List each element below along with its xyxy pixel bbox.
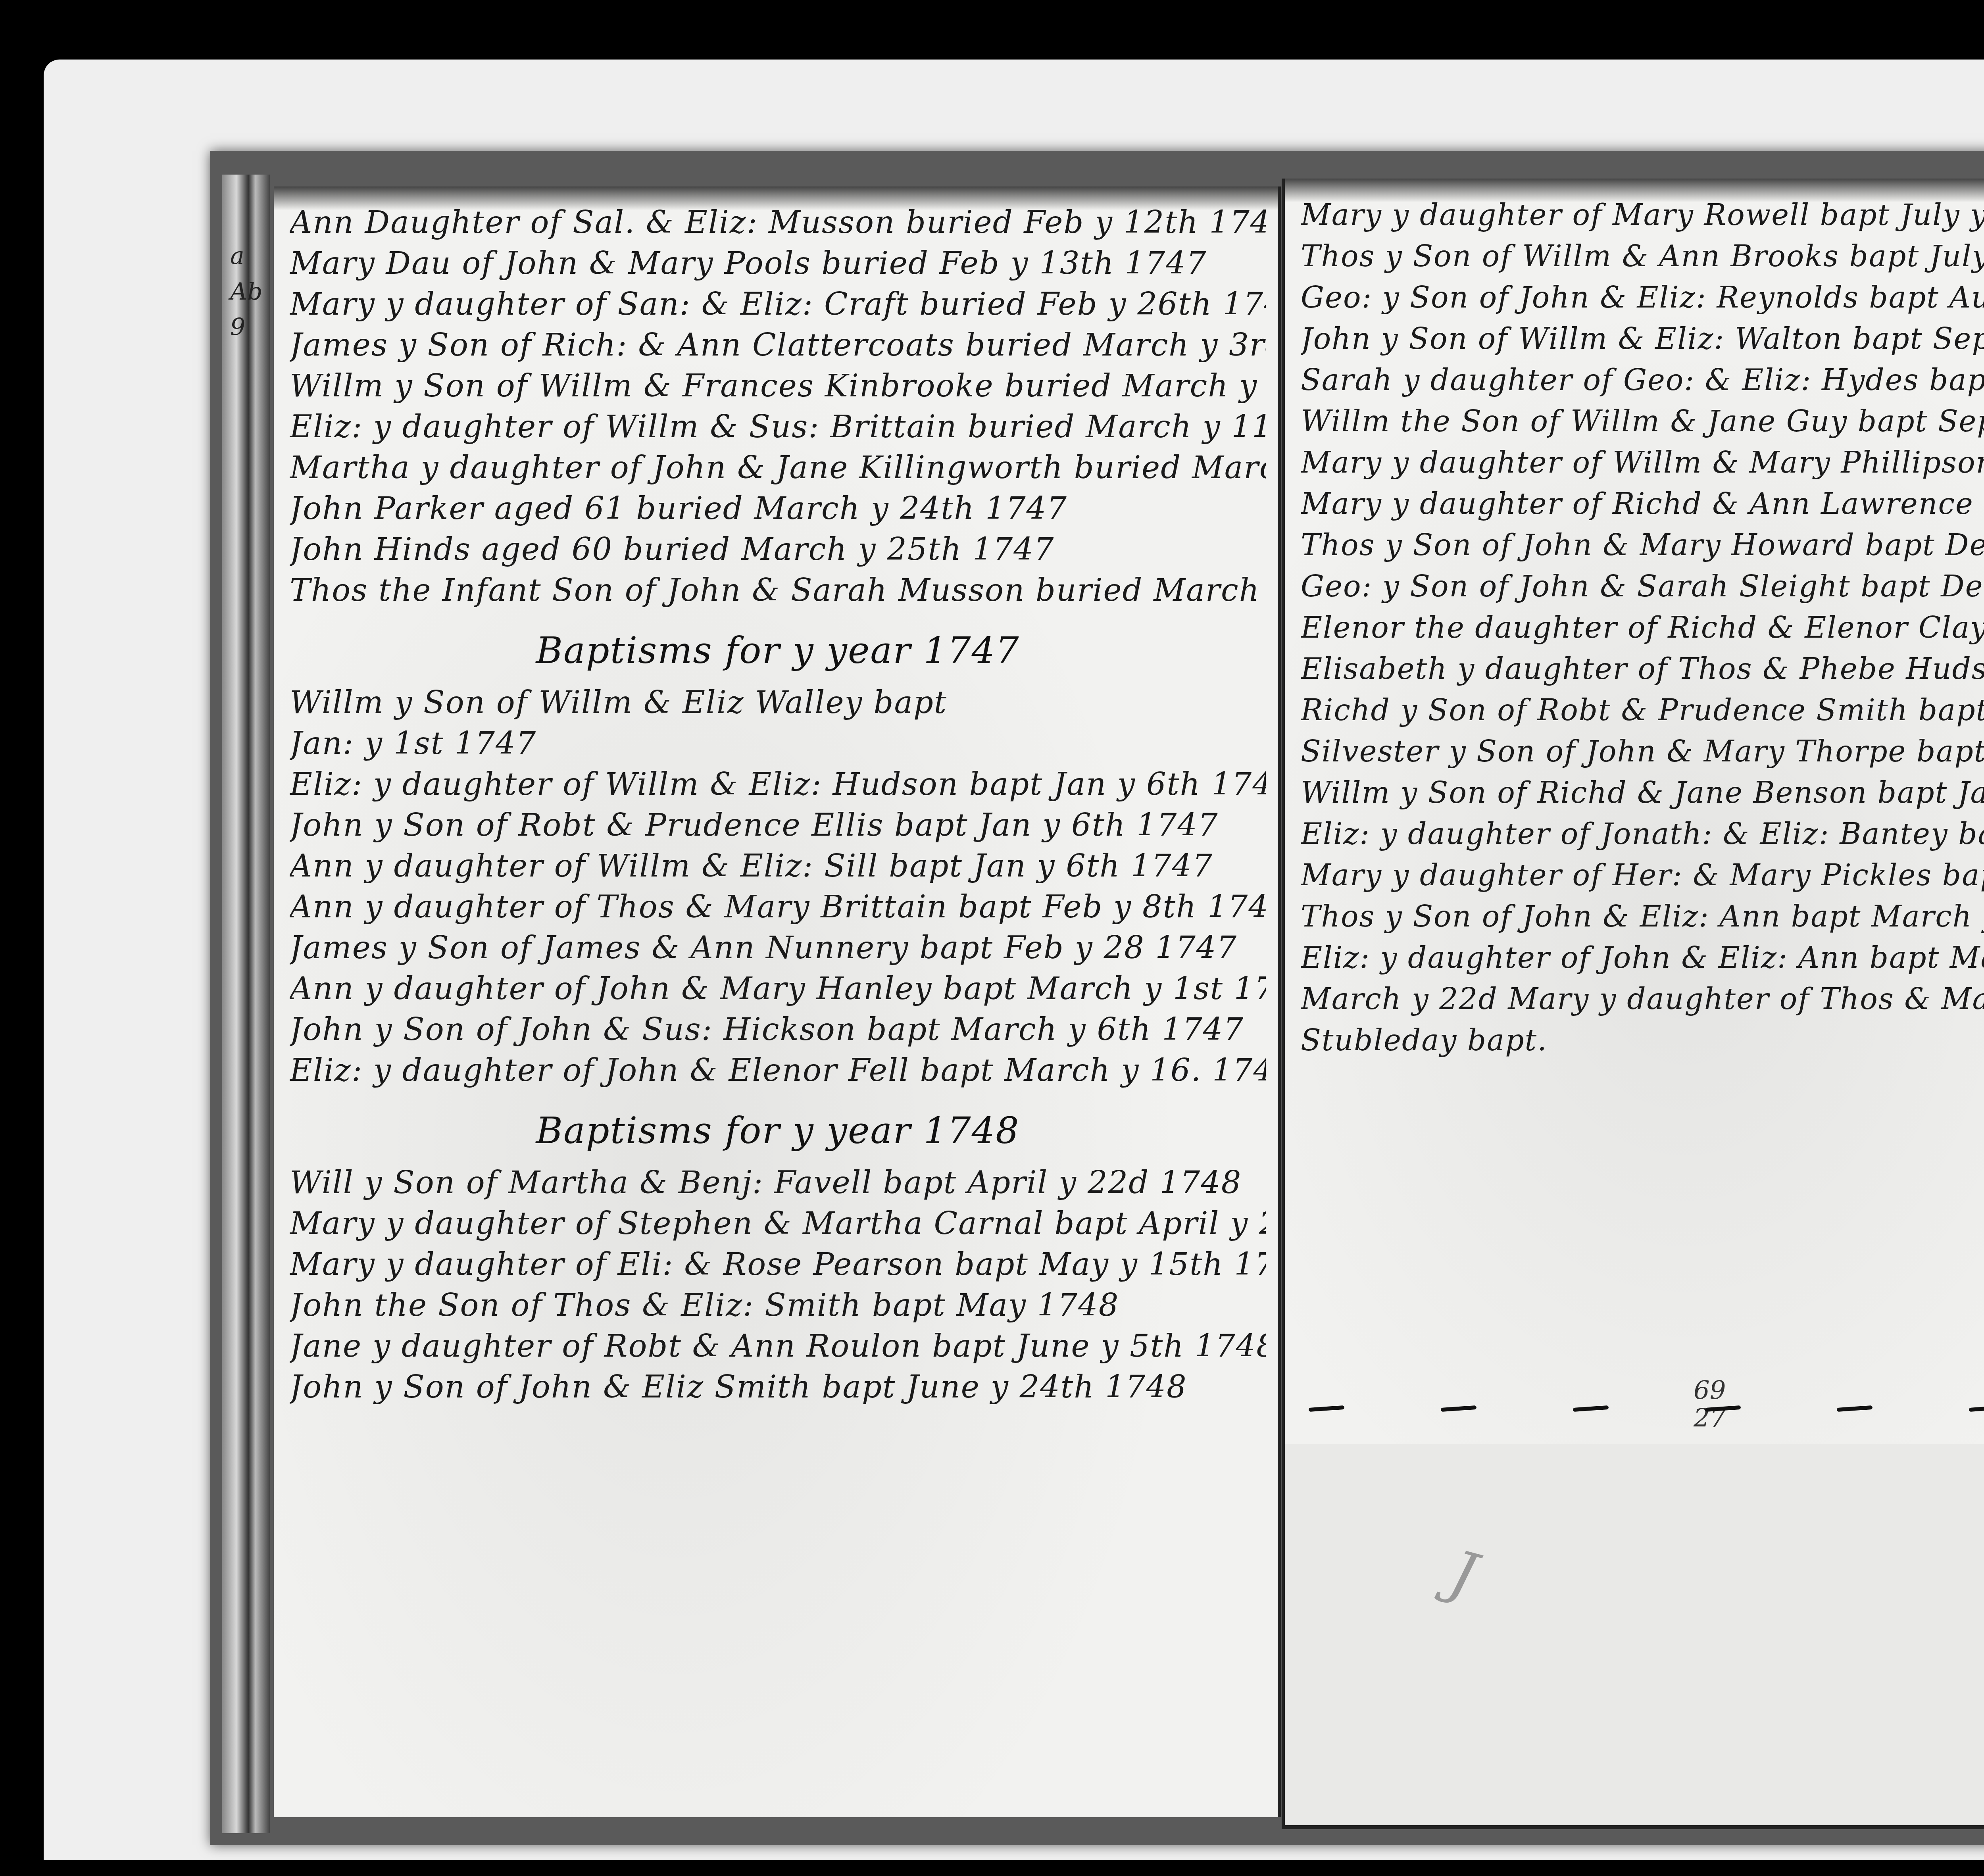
burial-entry: Ann Daughter of Sal. & Eliz: Musson buri… (290, 202, 1266, 243)
baptism-entry: Mary y daughter of Eli: & Rose Pearson b… (290, 1244, 1266, 1285)
baptism-entry: John the Son of Thos & Eliz: Smith bapt … (290, 1285, 1266, 1326)
right-page-entries: Mary y daughter of Mary Rowell bapt July… (1301, 194, 1984, 1061)
baptism-entry: Ann y daughter of Thos & Mary Brittain b… (290, 887, 1266, 928)
baptism-entry: John y Son of John & Sus: Hickson bapt M… (290, 1009, 1266, 1050)
baptism-entry: James y Son of James & Ann Nunnery bapt … (290, 928, 1266, 969)
dash-mark (1573, 1405, 1608, 1412)
right-page: Mary y daughter of Mary Rowell bapt July… (1282, 179, 1984, 1448)
baptism-entry: Jane y daughter of Robt & Ann Roulon bap… (290, 1326, 1266, 1367)
baptism-entry: Eliz: y daughter of Jonath: & Eliz: Bant… (1301, 813, 1984, 855)
burial-entry: Eliz: y daughter of Willm & Sus: Brittai… (290, 407, 1266, 448)
left-page-entries: Ann Daughter of Sal. & Eliz: Musson buri… (290, 202, 1266, 1408)
dash-mark (1837, 1405, 1872, 1412)
burial-entry: John Parker aged 61 buried March y 24th … (290, 488, 1266, 529)
baptism-entry: Eliz: y daughter of John & Eliz: Ann bap… (1301, 937, 1984, 978)
dash-mark (1969, 1405, 1984, 1412)
dash-mark (1705, 1405, 1740, 1412)
baptism-entry: Mary y daughter of Mary Rowell bapt July… (1301, 194, 1984, 236)
baptism-entry: Mary y daughter of Her: & Mary Pickles b… (1301, 855, 1984, 896)
baptism-entry: Willm y Son of Richd & Jane Benson bapt … (1301, 772, 1984, 813)
baptism-entry: Willm y Son of Willm & Eliz Walley bapt (290, 682, 1266, 723)
baptism-entry: Sarah y daughter of Geo: & Eliz: Hydes b… (1301, 359, 1984, 401)
baptism-entry: Jan: y 1st 1747 (290, 723, 1266, 764)
baptism-entry: Eliz: y daughter of Willm & Eliz: Hudson… (290, 764, 1266, 805)
burial-entry: Willm y Son of Willm & Frances Kinbrooke… (290, 366, 1266, 407)
baptism-entry: Richd y Son of Robt & Prudence Smith bap… (1301, 690, 1984, 731)
baptism-entry: Willm the Son of Willm & Jane Guy bapt S… (1301, 401, 1984, 442)
margin-note: a Ab 9 (230, 238, 254, 345)
baptism-entry: Silvester y Son of John & Mary Thorpe ba… (1301, 731, 1984, 772)
film-edge (0, 1860, 1984, 1876)
section-heading-1748: Baptisms for y year 1748 (290, 1091, 1266, 1163)
baptism-entry: Mary y daughter of Willm & Mary Phillips… (1301, 442, 1984, 483)
burial-entry: John Hinds aged 60 buried March y 25th 1… (290, 529, 1266, 570)
baptism-entry: March y 22d Mary y daughter of Thos & Ma… (1301, 978, 1984, 1020)
baptism-entry: Will y Son of Martha & Benj: Favell bapt… (290, 1163, 1266, 1203)
baptism-entry: Thos y Son of Willm & Ann Brooks bapt Ju… (1301, 236, 1984, 277)
burial-entry: Martha y daughter of John & Jane Killing… (290, 448, 1266, 488)
end-of-entries-dashes (1309, 1393, 1984, 1424)
pencil-mark: J (1443, 1538, 1484, 1611)
margin-note-line: Ab (230, 274, 254, 309)
margin-note-line: 9 (230, 309, 254, 345)
baptism-entry: Ann y daughter of Willm & Eliz: Sill bap… (290, 846, 1266, 887)
baptism-entry: Elisabeth y daughter of Thos & Phebe Hud… (1301, 648, 1984, 690)
baptism-entry: Thos y Son of John & Mary Howard bapt De… (1301, 525, 1984, 566)
left-page: Ann Daughter of Sal. & Eliz: Musson buri… (274, 186, 1281, 1817)
baptism-entry: Stubleday bapt. (1301, 1020, 1984, 1061)
baptism-entry: Ann y daughter of John & Mary Hanley bap… (290, 969, 1266, 1009)
baptism-entry: Geo: y Son of John & Eliz: Reynolds bapt… (1301, 277, 1984, 318)
baptism-entry: John y Son of John & Eliz Smith bapt Jun… (290, 1367, 1266, 1408)
binding-edge (222, 175, 270, 1833)
burial-entry: Mary Dau of John & Mary Pools buried Feb… (290, 243, 1266, 284)
burial-entry: James y Son of Rich: & Ann Clattercoats … (290, 325, 1266, 366)
baptism-entry: John y Son of Willm & Eliz: Walton bapt … (1301, 318, 1984, 359)
baptism-entry: Eliz: y daughter of John & Elenor Fell b… (290, 1050, 1266, 1091)
baptism-entry: Geo: y Son of John & Sarah Sleight bapt … (1301, 566, 1984, 607)
burial-entry: Thos the Infant Son of John & Sarah Muss… (290, 570, 1266, 611)
baptism-entry: John y Son of Robt & Prudence Ellis bapt… (290, 805, 1266, 846)
section-heading-1747: Baptisms for y year 1747 (290, 611, 1266, 682)
baptism-entry: Mary y daughter of Stephen & Martha Carn… (290, 1203, 1266, 1244)
baptism-entry: Thos y Son of John & Eliz: Ann bapt Marc… (1301, 896, 1984, 937)
burial-entry: Mary y daughter of San: & Eliz: Craft bu… (290, 284, 1266, 325)
margin-note-line: a (230, 238, 254, 274)
blank-page-area: J (1282, 1444, 1984, 1829)
baptism-entry: Elenor the daughter of Richd & Elenor Cl… (1301, 607, 1984, 648)
baptism-entry: Mary y daughter of Richd & Ann Lawrence … (1301, 483, 1984, 525)
dash-mark (1441, 1405, 1476, 1412)
dash-mark (1309, 1405, 1344, 1412)
